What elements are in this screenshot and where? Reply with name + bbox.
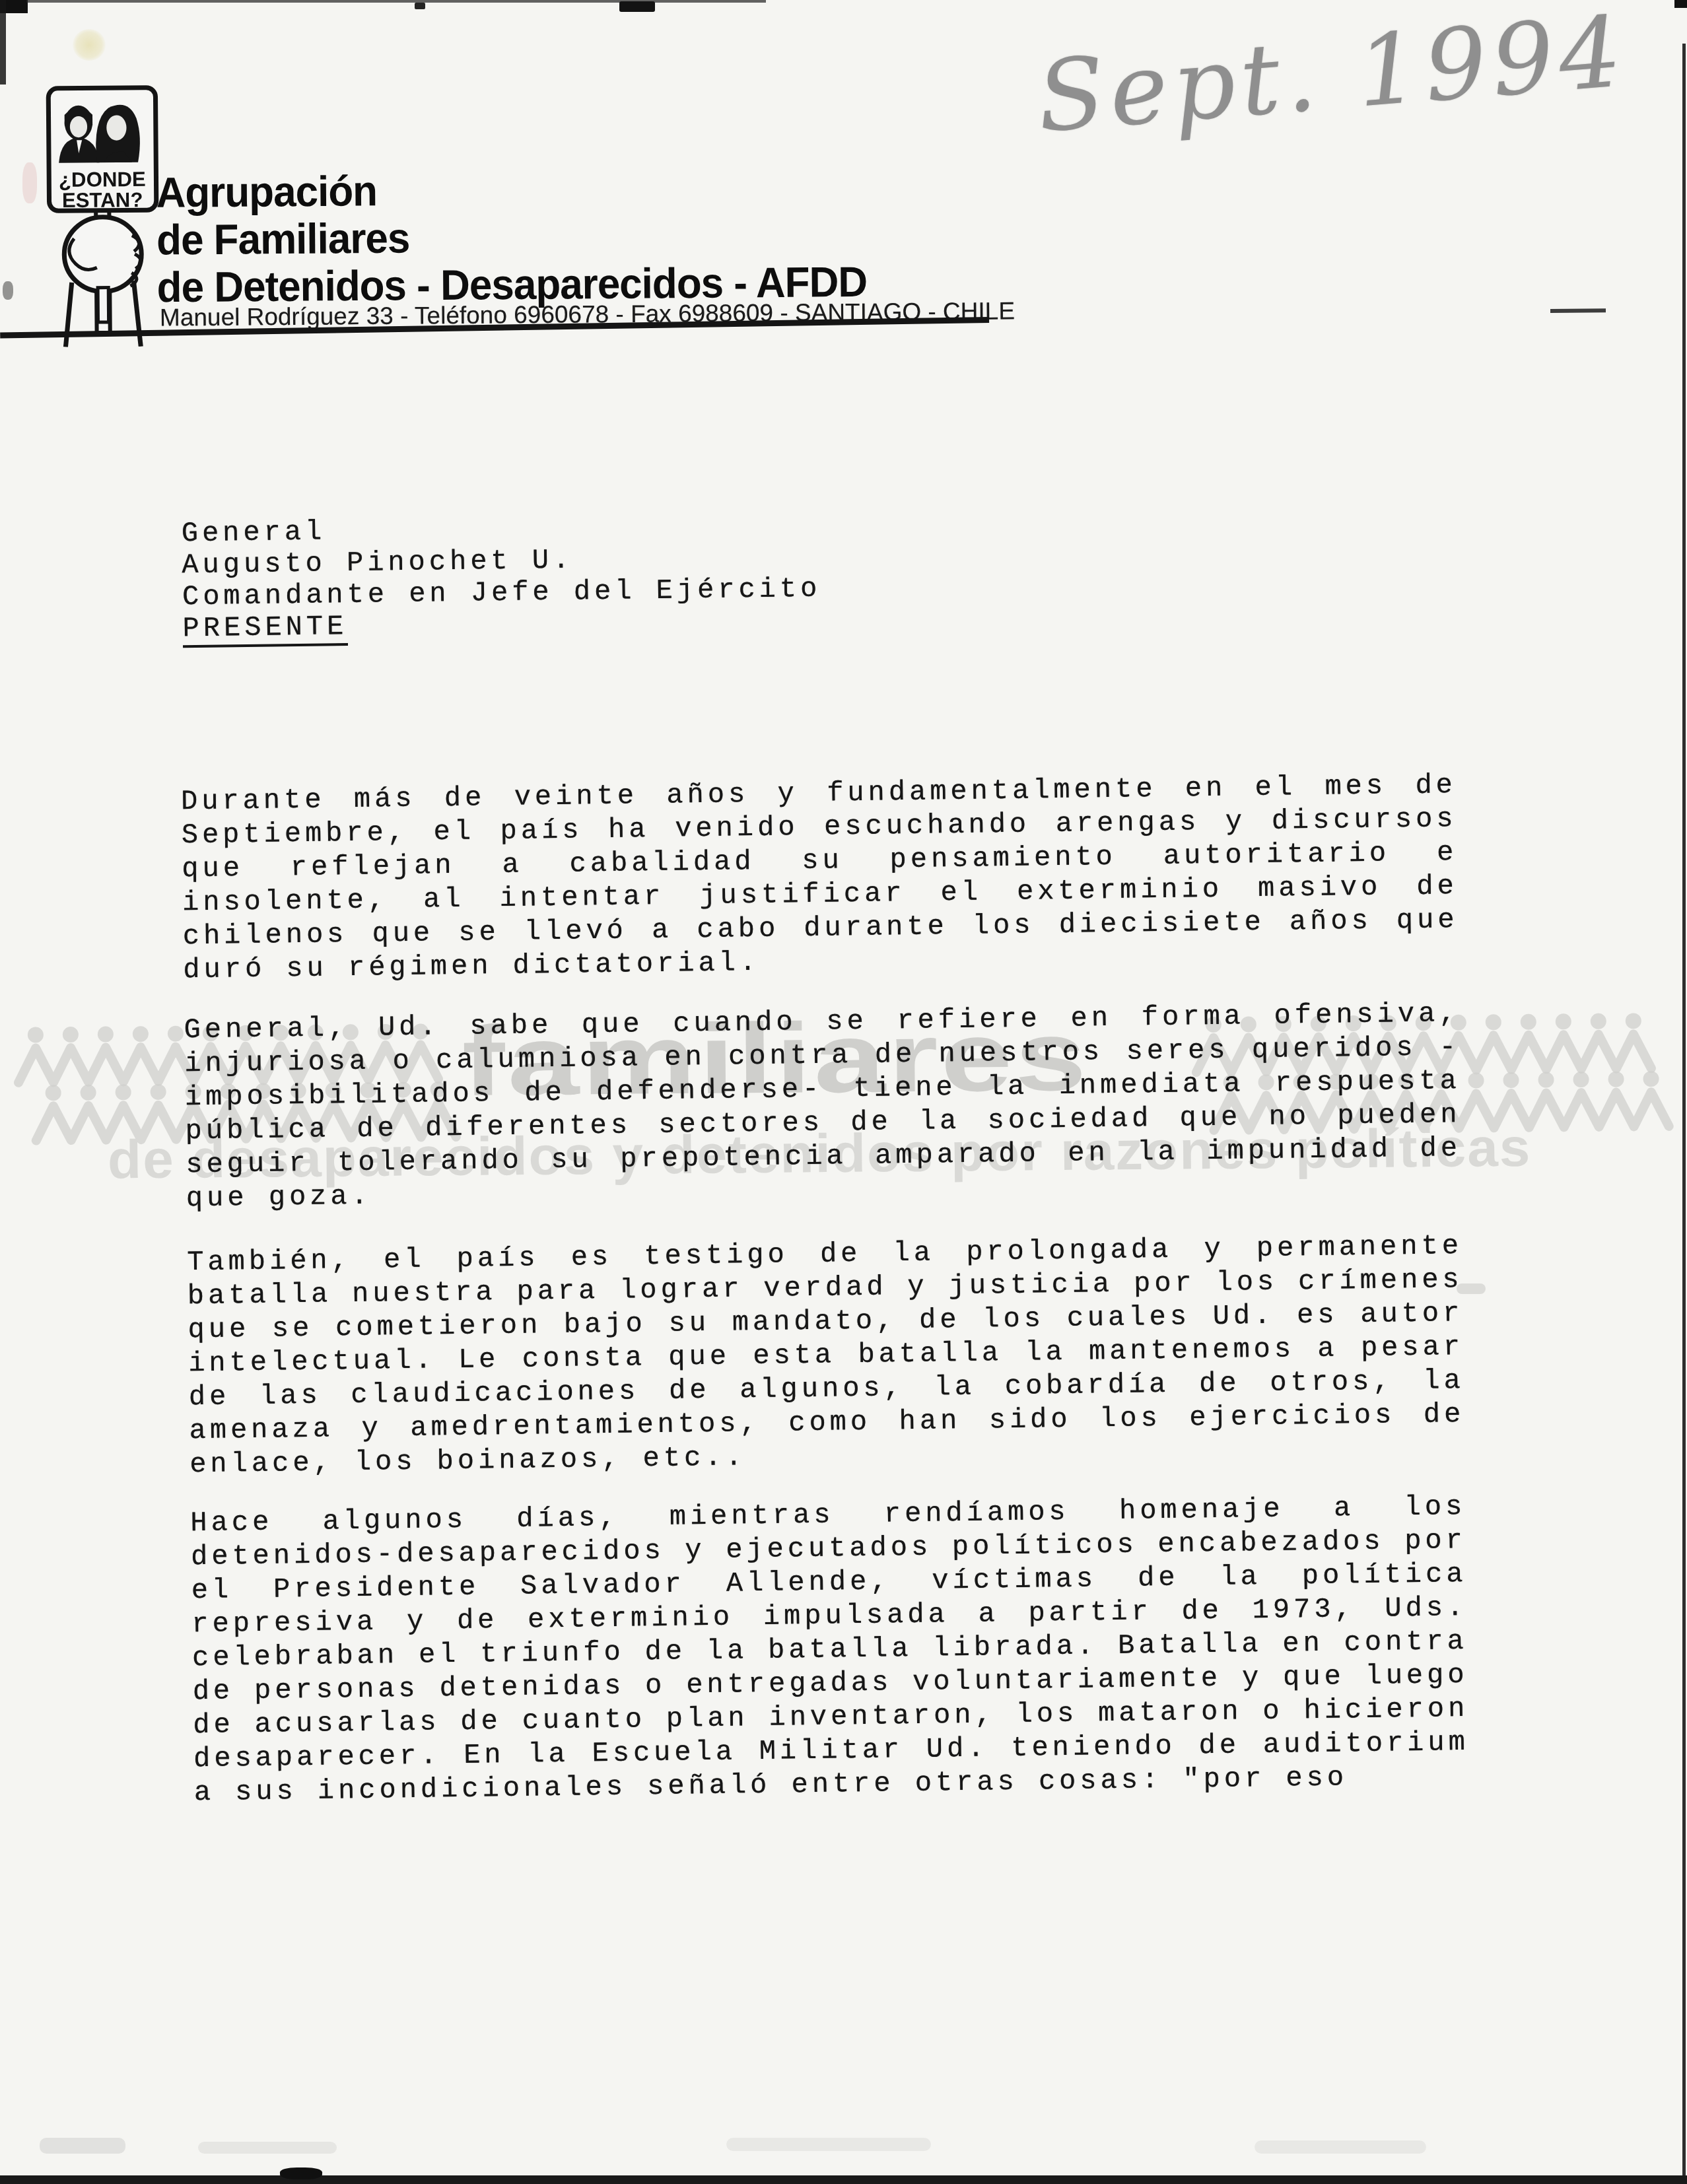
scan-speck xyxy=(280,2167,322,2179)
scan-speck xyxy=(619,1,655,12)
scan-edge-artifact xyxy=(0,2175,1687,2184)
scan-smudge xyxy=(726,2138,931,2151)
scan-edge-artifact xyxy=(26,0,766,3)
scan-smudge xyxy=(1457,1283,1486,1294)
scan-edge-artifact xyxy=(0,0,6,85)
org-name-line: de Familiares xyxy=(156,211,867,264)
letterhead: ¿DONDE ESTAN? Agrupación de Familiares d… xyxy=(0,0,1687,2184)
scan-edge-artifact xyxy=(1682,44,1686,2184)
scan-edge-artifact xyxy=(1674,0,1687,8)
scan-speck xyxy=(3,281,13,300)
org-name: Agrupación de Familiares de Detenidos - … xyxy=(156,164,867,312)
letterhead-rule-fragment xyxy=(1550,308,1606,313)
scanned-letter-page: familiares de desaparecidos y detenidos … xyxy=(0,0,1687,2184)
sign-text-line2: ESTAN? xyxy=(62,188,143,212)
paper-blemish xyxy=(73,29,106,61)
org-name-line: Agrupación xyxy=(156,164,866,217)
afdd-logo-icon: ¿DONDE ESTAN? xyxy=(30,83,176,347)
paper-blemish xyxy=(22,162,37,203)
scan-smudge xyxy=(40,2138,125,2154)
scan-smudge xyxy=(198,2142,337,2154)
scan-smudge xyxy=(1255,2140,1426,2154)
scan-speck xyxy=(415,3,425,9)
